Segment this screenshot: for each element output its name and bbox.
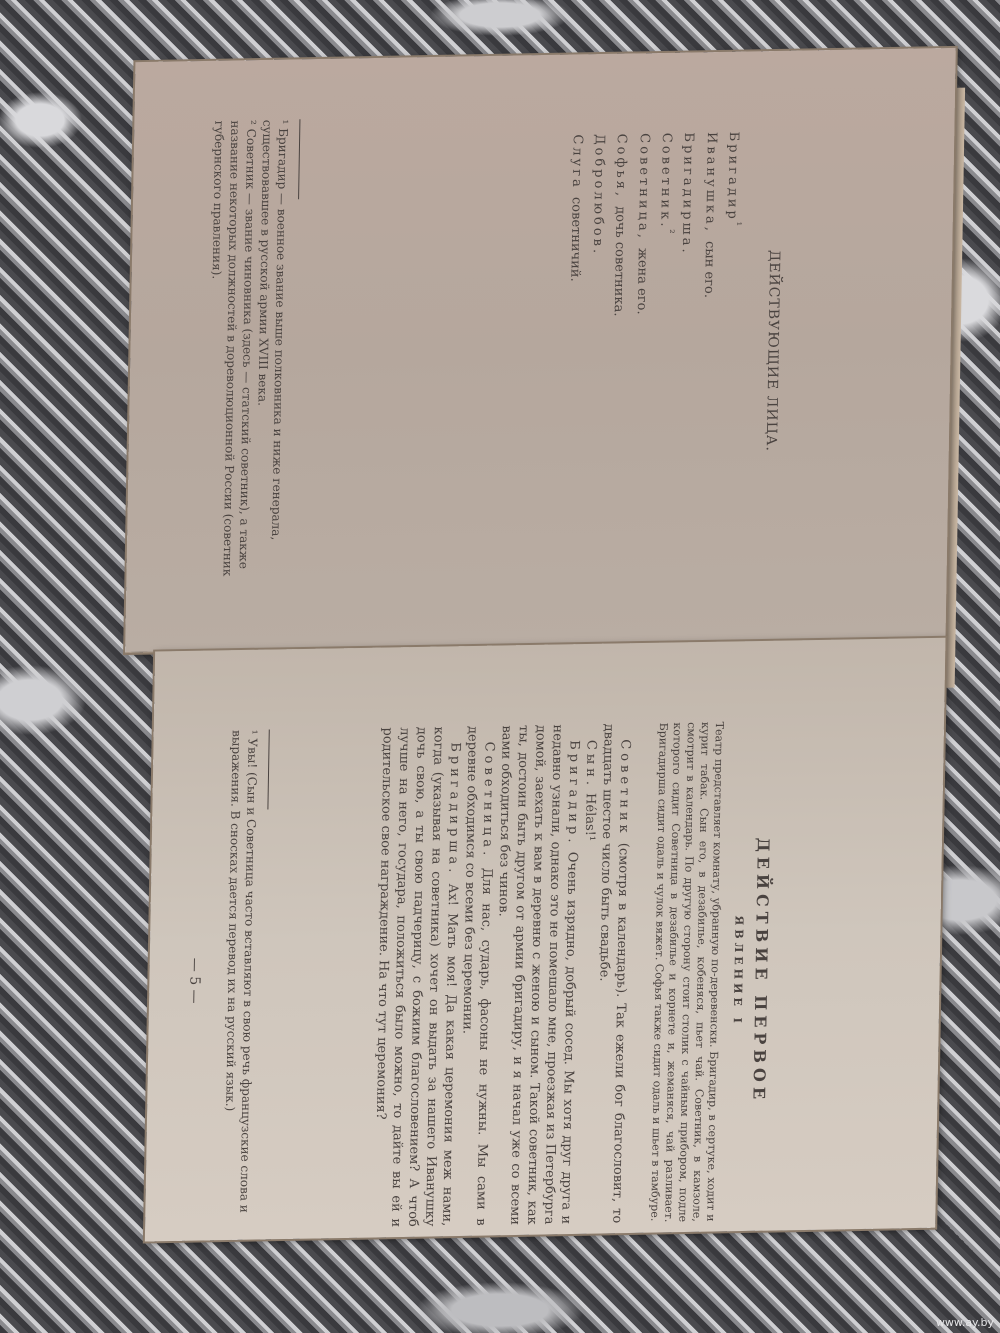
right-footnote: ¹ Увы! (Сын и Советница часто вставляют … [182,729,274,1230]
cast-list: Бригадир¹ Иванушка, сын его. Бригадирша.… [560,131,747,614]
left-page: ДЕЙСТВУЮЩИЕ ЛИЦА. Бригадир¹ Иванушка, сы… [125,48,956,653]
footnote-rule [298,119,300,199]
watermark: www.ay.by [936,1316,994,1329]
dialogue-line: Бригадир. Очень изрядно, добрый сосед. М… [489,724,583,1225]
cast-block: ДЕЙСТВУЮЩИЕ ЛИЦА. Бригадир¹ Иванушка, сы… [560,91,785,615]
footnote-text: ¹ Увы! (Сын и Советница часто вставляют … [220,730,261,1230]
footnote-2: ² Советник — звание чиновника (здесь — с… [203,120,259,601]
stage-direction: Театр представляет комнату, убранную по-… [647,722,726,1223]
dialogue-line: Бригадирша. Ах! Мать моя! Да какая церем… [370,726,464,1227]
cast-title: ДЕЙСТВУЮЩИЕ ЛИЦА. [759,91,785,611]
scene-title: ЯВЛЕНИЕ I [725,721,751,1221]
act-title: ДЕЙСТВИЕ ПЕРВОЕ [748,721,774,1221]
right-page: ДЕЙСТВИЕ ПЕРВОЕ ЯВЛЕНИЕ I Театр представ… [145,638,946,1242]
act-block: ДЕЙСТВИЕ ПЕРВОЕ ЯВЛЕНИЕ I Театр представ… [647,721,774,1223]
page-number: — 5 — [182,731,207,1231]
footnote-rule [267,730,269,810]
open-book: ДЕЙСТВУЮЩИЕ ЛИЦА. Бригадир¹ Иванушка, сы… [84,48,976,1278]
dialogue: Советник (смотря в календарь). Так ежели… [370,723,634,1227]
left-footnotes: ¹ Бригадир — военное звание выше полковн… [203,119,304,601]
